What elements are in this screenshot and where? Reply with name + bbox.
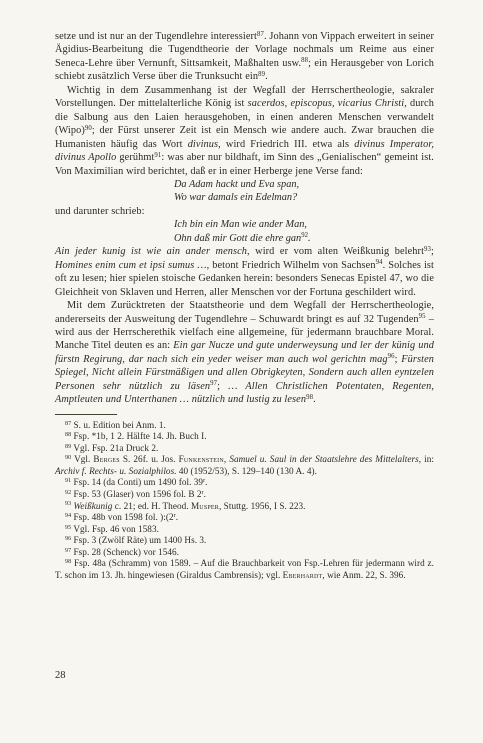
footnote-95: 95 Vgl. Fsp. 46 von 1583. xyxy=(55,524,434,536)
footnote-marker: 98 xyxy=(65,559,71,565)
text-run: Eberhardt xyxy=(283,570,323,580)
text-run: Fsp. 14 (da Conti) um 1490 fol. 39 xyxy=(71,477,203,487)
footnote-marker: 87 xyxy=(257,31,264,38)
footnote-marker: 96 xyxy=(388,353,395,360)
text-run: Archiv f. Rechts- u. Sozialphilos. xyxy=(55,466,177,476)
footnote-marker: 93 xyxy=(65,501,71,507)
text-run: . xyxy=(313,394,316,405)
text-run: Fsp. 3 (Zwölf Räte) um 1400 Hs. 3. xyxy=(71,535,206,545)
footnote-marker: 97 xyxy=(65,548,71,554)
text-run: setze und ist nur an der Tugendlehre int… xyxy=(55,31,257,42)
footnote-marker: 94 xyxy=(65,513,71,519)
text-run: , wird Friedrich III. etwa als xyxy=(218,139,354,150)
footnote-marker: 91 xyxy=(65,478,71,484)
paragraph-interjection: und darunter schrieb: xyxy=(55,205,434,218)
paragraph-weisskunig: Ain jeder kunig ist wie ain ander mensch… xyxy=(55,245,434,299)
text-run: Funkenstein xyxy=(179,454,224,464)
verse-line: Da Adam hackt und Eva span, xyxy=(174,178,434,191)
footnote-marker: 96 xyxy=(65,536,71,542)
footnote-marker: 88 xyxy=(301,57,308,64)
footnote-marker: r xyxy=(203,478,205,484)
text-run: Fsp. 48b von 1598 fol. ):(2 xyxy=(71,512,173,522)
text-run: ; xyxy=(217,381,228,392)
text-run: Fsp. 53 (Glaser) von 1596 fol. B 2 xyxy=(71,489,201,499)
text-run: Berges xyxy=(93,454,119,464)
text-run: ; xyxy=(431,246,434,257)
text-run: , wird er vom alten Weißkunig belehrt xyxy=(247,246,424,257)
footnote-marker: 90 xyxy=(65,455,71,461)
footnote-92: 92 Fsp. 53 (Glaser) von 1596 fol. B 2r. xyxy=(55,489,434,501)
footnote-separator-rule xyxy=(55,414,117,415)
paragraph-herrschertheologie: Wichtig in dem Zusammenhang ist der Wegf… xyxy=(55,84,434,178)
text-run: Weißkunig xyxy=(74,501,113,511)
footnote-marker: 89 xyxy=(258,71,265,78)
text-run: . xyxy=(308,233,311,244)
verse-line: Wo war damals ein Edelman? xyxy=(174,191,434,204)
footnote-96: 96 Fsp. 3 (Zwölf Räte) um 1400 Hs. 3. xyxy=(55,535,434,547)
text-run: Ich bin ein Man wie ander Man, xyxy=(174,219,307,230)
footnote-98: 98 Fsp. 48a (Schramm) von 1589. – Auf di… xyxy=(55,558,434,581)
text-run: S. 26f. u. Jos. xyxy=(120,454,179,464)
text-run: Fsp. 28 (Schenck) vor 1546. xyxy=(71,547,179,557)
footnote-marker: 98 xyxy=(306,394,313,401)
footnote-marker: r xyxy=(174,513,176,519)
text-run: Vgl. xyxy=(71,454,93,464)
text-run: . xyxy=(205,477,207,487)
text-run: Da Adam hackt und Eva span, xyxy=(174,179,299,190)
footnote-marker: 87 xyxy=(65,421,71,427)
footnote-90: 90 Vgl. Berges S. 26f. u. Jos. Funkenste… xyxy=(55,454,434,477)
text-run: Vgl. Fsp. 46 von 1583. xyxy=(71,524,159,534)
footnote-marker: 95 xyxy=(65,525,71,531)
verse-line: Ich bin ein Man wie ander Man, xyxy=(174,218,434,231)
paragraph-continuation: setze und ist nur an der Tugendlehre int… xyxy=(55,30,434,84)
text-run: S. u. Edition bei Anm. 1. xyxy=(71,420,166,430)
text-run: divinus xyxy=(188,139,218,150)
book-page: setze und ist nur an der Tugendlehre int… xyxy=(0,0,483,743)
text-run: gerühmt xyxy=(116,152,154,163)
text-run: Fsp. *1b, 1 2. Hälfte 14. Jh. Buch I. xyxy=(71,431,206,441)
footnote-87: 87 S. u. Edition bei Anm. 1. xyxy=(55,420,434,432)
text-run: Homines enim cum et ipsi sumus … xyxy=(55,260,207,271)
text-run: . xyxy=(265,71,268,82)
footnote-marker: 91 xyxy=(154,152,161,159)
footnote-marker: 97 xyxy=(210,380,217,387)
footnote-94: 94 Fsp. 48b von 1598 fol. ):(2r. xyxy=(55,512,434,524)
footnote-marker: 93 xyxy=(424,246,431,253)
footnote-marker: 95 xyxy=(419,313,426,320)
text-run: , wie Anm. 22, S. 396. xyxy=(322,570,405,580)
text-run: Samuel u. Saul in der Staatslehre des Mi… xyxy=(229,454,418,464)
main-text: setze und ist nur an der Tugendlehre int… xyxy=(55,30,434,581)
verse-line: Ohn daß mir Gott die ehre gan92. xyxy=(174,232,434,245)
footnote-marker: 92 xyxy=(65,490,71,496)
verse-couplet-maximilian: Ich bin ein Man wie ander Man, Ohn daß m… xyxy=(55,218,434,245)
text-run: Ain jeder kunig ist wie ain ander mensch xyxy=(55,246,247,257)
paragraph-tugendlehre: Mit dem Zurücktreten der Staatstheorie u… xyxy=(55,299,434,407)
footnote-93: 93 Weißkunig c. 21; ed. H. Theod. Musper… xyxy=(55,501,434,513)
footnote-91: 91 Fsp. 14 (da Conti) um 1490 fol. 39r. xyxy=(55,477,434,489)
footnote-marker: 92 xyxy=(301,232,308,239)
verse-couplet-adam-eva: Da Adam hackt und Eva span, Wo war damal… xyxy=(55,178,434,205)
footnote-88: 88 Fsp. *1b, 1 2. Hälfte 14. Jh. Buch I. xyxy=(55,431,434,443)
footnote-marker: 90 xyxy=(85,125,92,132)
text-run: sacerdos, episcopus, vicarius Christi xyxy=(248,98,405,109)
footnote-97: 97 Fsp. 28 (Schenck) vor 1546. xyxy=(55,547,434,559)
page-number: 28 xyxy=(55,670,66,681)
footnote-marker: 89 xyxy=(65,444,71,450)
text-run: Vgl. Fsp. 21a Druck 2. xyxy=(71,443,158,453)
text-run: , betont Friedrich Wilhelm von Sachsen xyxy=(207,260,376,271)
footnote-marker: r xyxy=(202,490,204,496)
text-run: c. 21; ed. H. Theod. xyxy=(112,501,191,511)
footnotes-section: 87 S. u. Edition bei Anm. 1. 88 Fsp. *1b… xyxy=(55,420,434,582)
text-run: Wo war damals ein Edelman? xyxy=(174,192,297,203)
text-run: , in: xyxy=(419,454,434,464)
text-run: und darunter schrieb: xyxy=(55,206,145,217)
text-run: Musper xyxy=(191,501,219,511)
footnote-marker: 94 xyxy=(376,259,383,266)
text-run: . xyxy=(176,512,178,522)
text-run: , Stuttg. 1956, I S. 223. xyxy=(219,501,306,511)
text-run: Mit dem Zurücktreten der Staatstheorie u… xyxy=(55,300,434,324)
footnote-marker: 88 xyxy=(65,432,71,438)
text-run: 40 (1952/53), S. 129–140 (130 A. 4). xyxy=(177,466,317,476)
text-run: Ohn daß mir Gott die ehre gan xyxy=(174,233,301,244)
footnote-89: 89 Vgl. Fsp. 21a Druck 2. xyxy=(55,443,434,455)
